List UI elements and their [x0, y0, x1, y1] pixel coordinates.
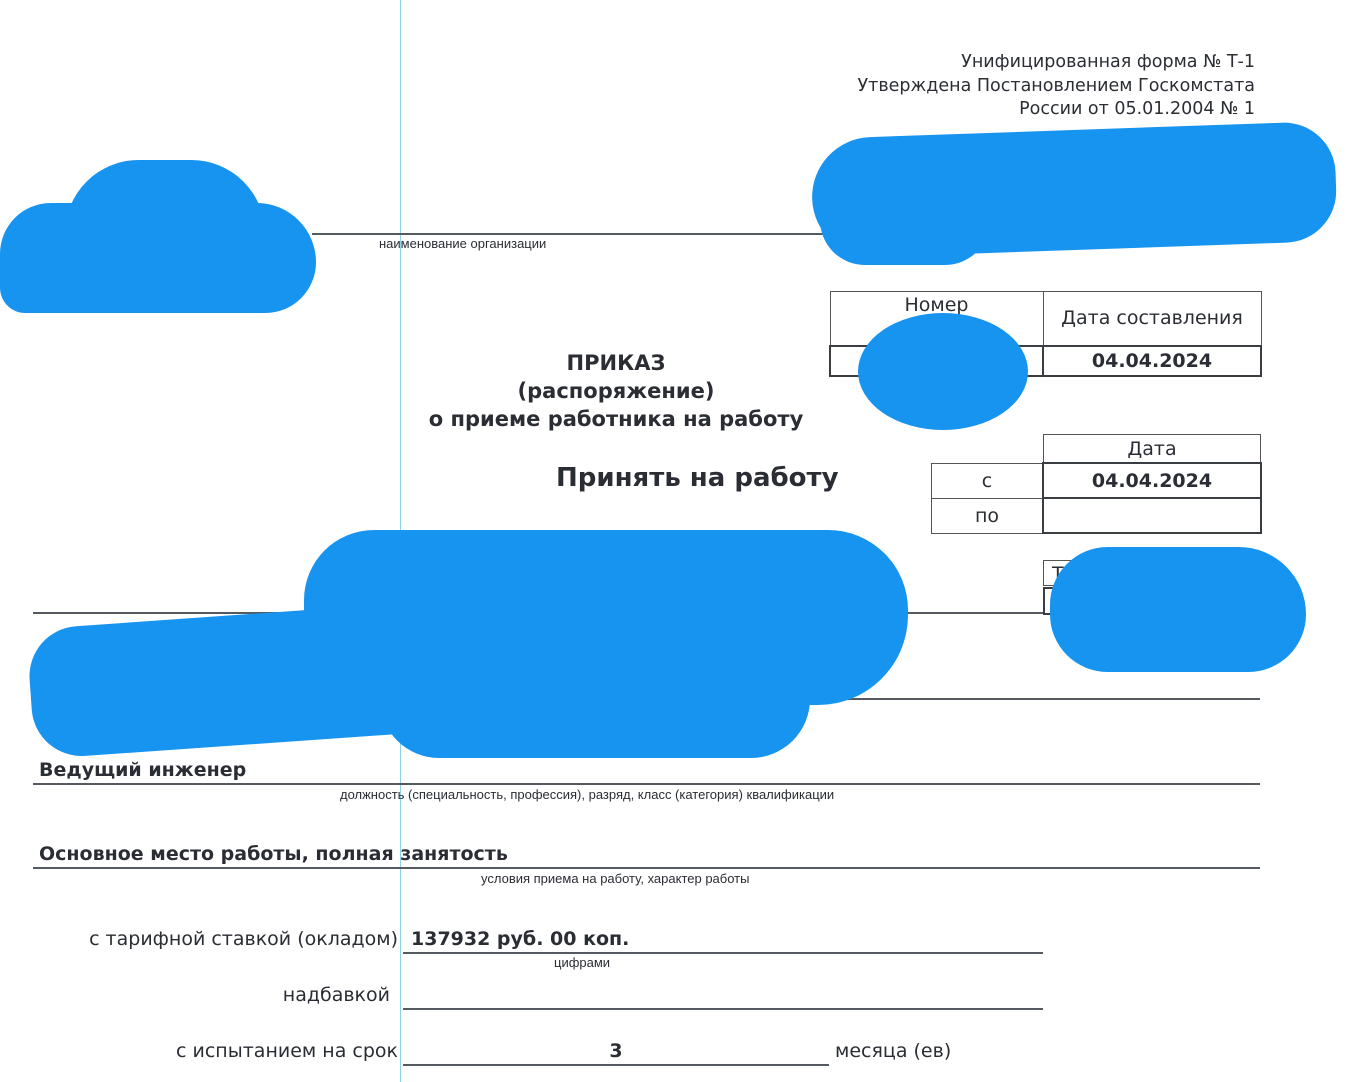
position-caption: должность (специальность, профессия), ра…	[340, 787, 834, 802]
organization-name-line	[312, 233, 832, 235]
bonus-label: надбавкой	[283, 984, 390, 1006]
date-header: Дата составления	[1043, 292, 1261, 346]
from-date-value[interactable]: 04.04.2024	[1043, 463, 1261, 498]
approval-line: Утверждена Постановлением Госкомстата	[857, 75, 1255, 97]
organization-caption: наименование организации	[379, 236, 546, 251]
probation-label: с испытанием на срок	[176, 1040, 398, 1062]
position-value[interactable]: Ведущий инженер	[39, 759, 246, 781]
salary-caption: цифрами	[554, 955, 610, 970]
approval-date-line: России от 05.01.2004 № 1	[1019, 98, 1255, 120]
bonus-line	[403, 1008, 1043, 1010]
to-date-value[interactable]	[1043, 498, 1261, 533]
date-value[interactable]: 04.04.2024	[1043, 346, 1261, 376]
form-code-line: Унифицированная форма № Т-1	[961, 51, 1255, 73]
conditions-caption: условия приема на работу, характер работ…	[481, 871, 749, 886]
conditions-value[interactable]: Основное место работы, полная занятость	[39, 843, 508, 865]
order-subtitle: (распоряжение)	[400, 377, 832, 405]
redaction-mark	[380, 640, 810, 758]
probation-unit: месяца (ев)	[835, 1040, 951, 1062]
salary-value[interactable]: 137932 руб. 00 коп.	[411, 928, 629, 950]
order-title: ПРИКАЗ	[400, 349, 832, 377]
period-table: с 04.04.2024 по	[931, 462, 1262, 534]
salary-label: с тарифной ставкой (окладом)	[89, 928, 398, 950]
period-date-header: Дата	[1043, 434, 1261, 462]
conditions-line	[33, 867, 1260, 869]
from-label: с	[932, 463, 1044, 498]
order-description: о приеме работника на работу	[400, 405, 832, 433]
hire-heading: Принять на работу	[556, 463, 839, 493]
redaction-mark	[820, 175, 990, 265]
redaction-mark	[1050, 547, 1306, 672]
redaction-mark	[65, 160, 265, 250]
redaction-mark	[858, 313, 1028, 430]
position-line	[33, 783, 1260, 785]
probation-value[interactable]: 3	[403, 1040, 829, 1062]
to-label: по	[932, 498, 1044, 533]
probation-line	[403, 1064, 829, 1066]
salary-line	[403, 952, 1043, 954]
